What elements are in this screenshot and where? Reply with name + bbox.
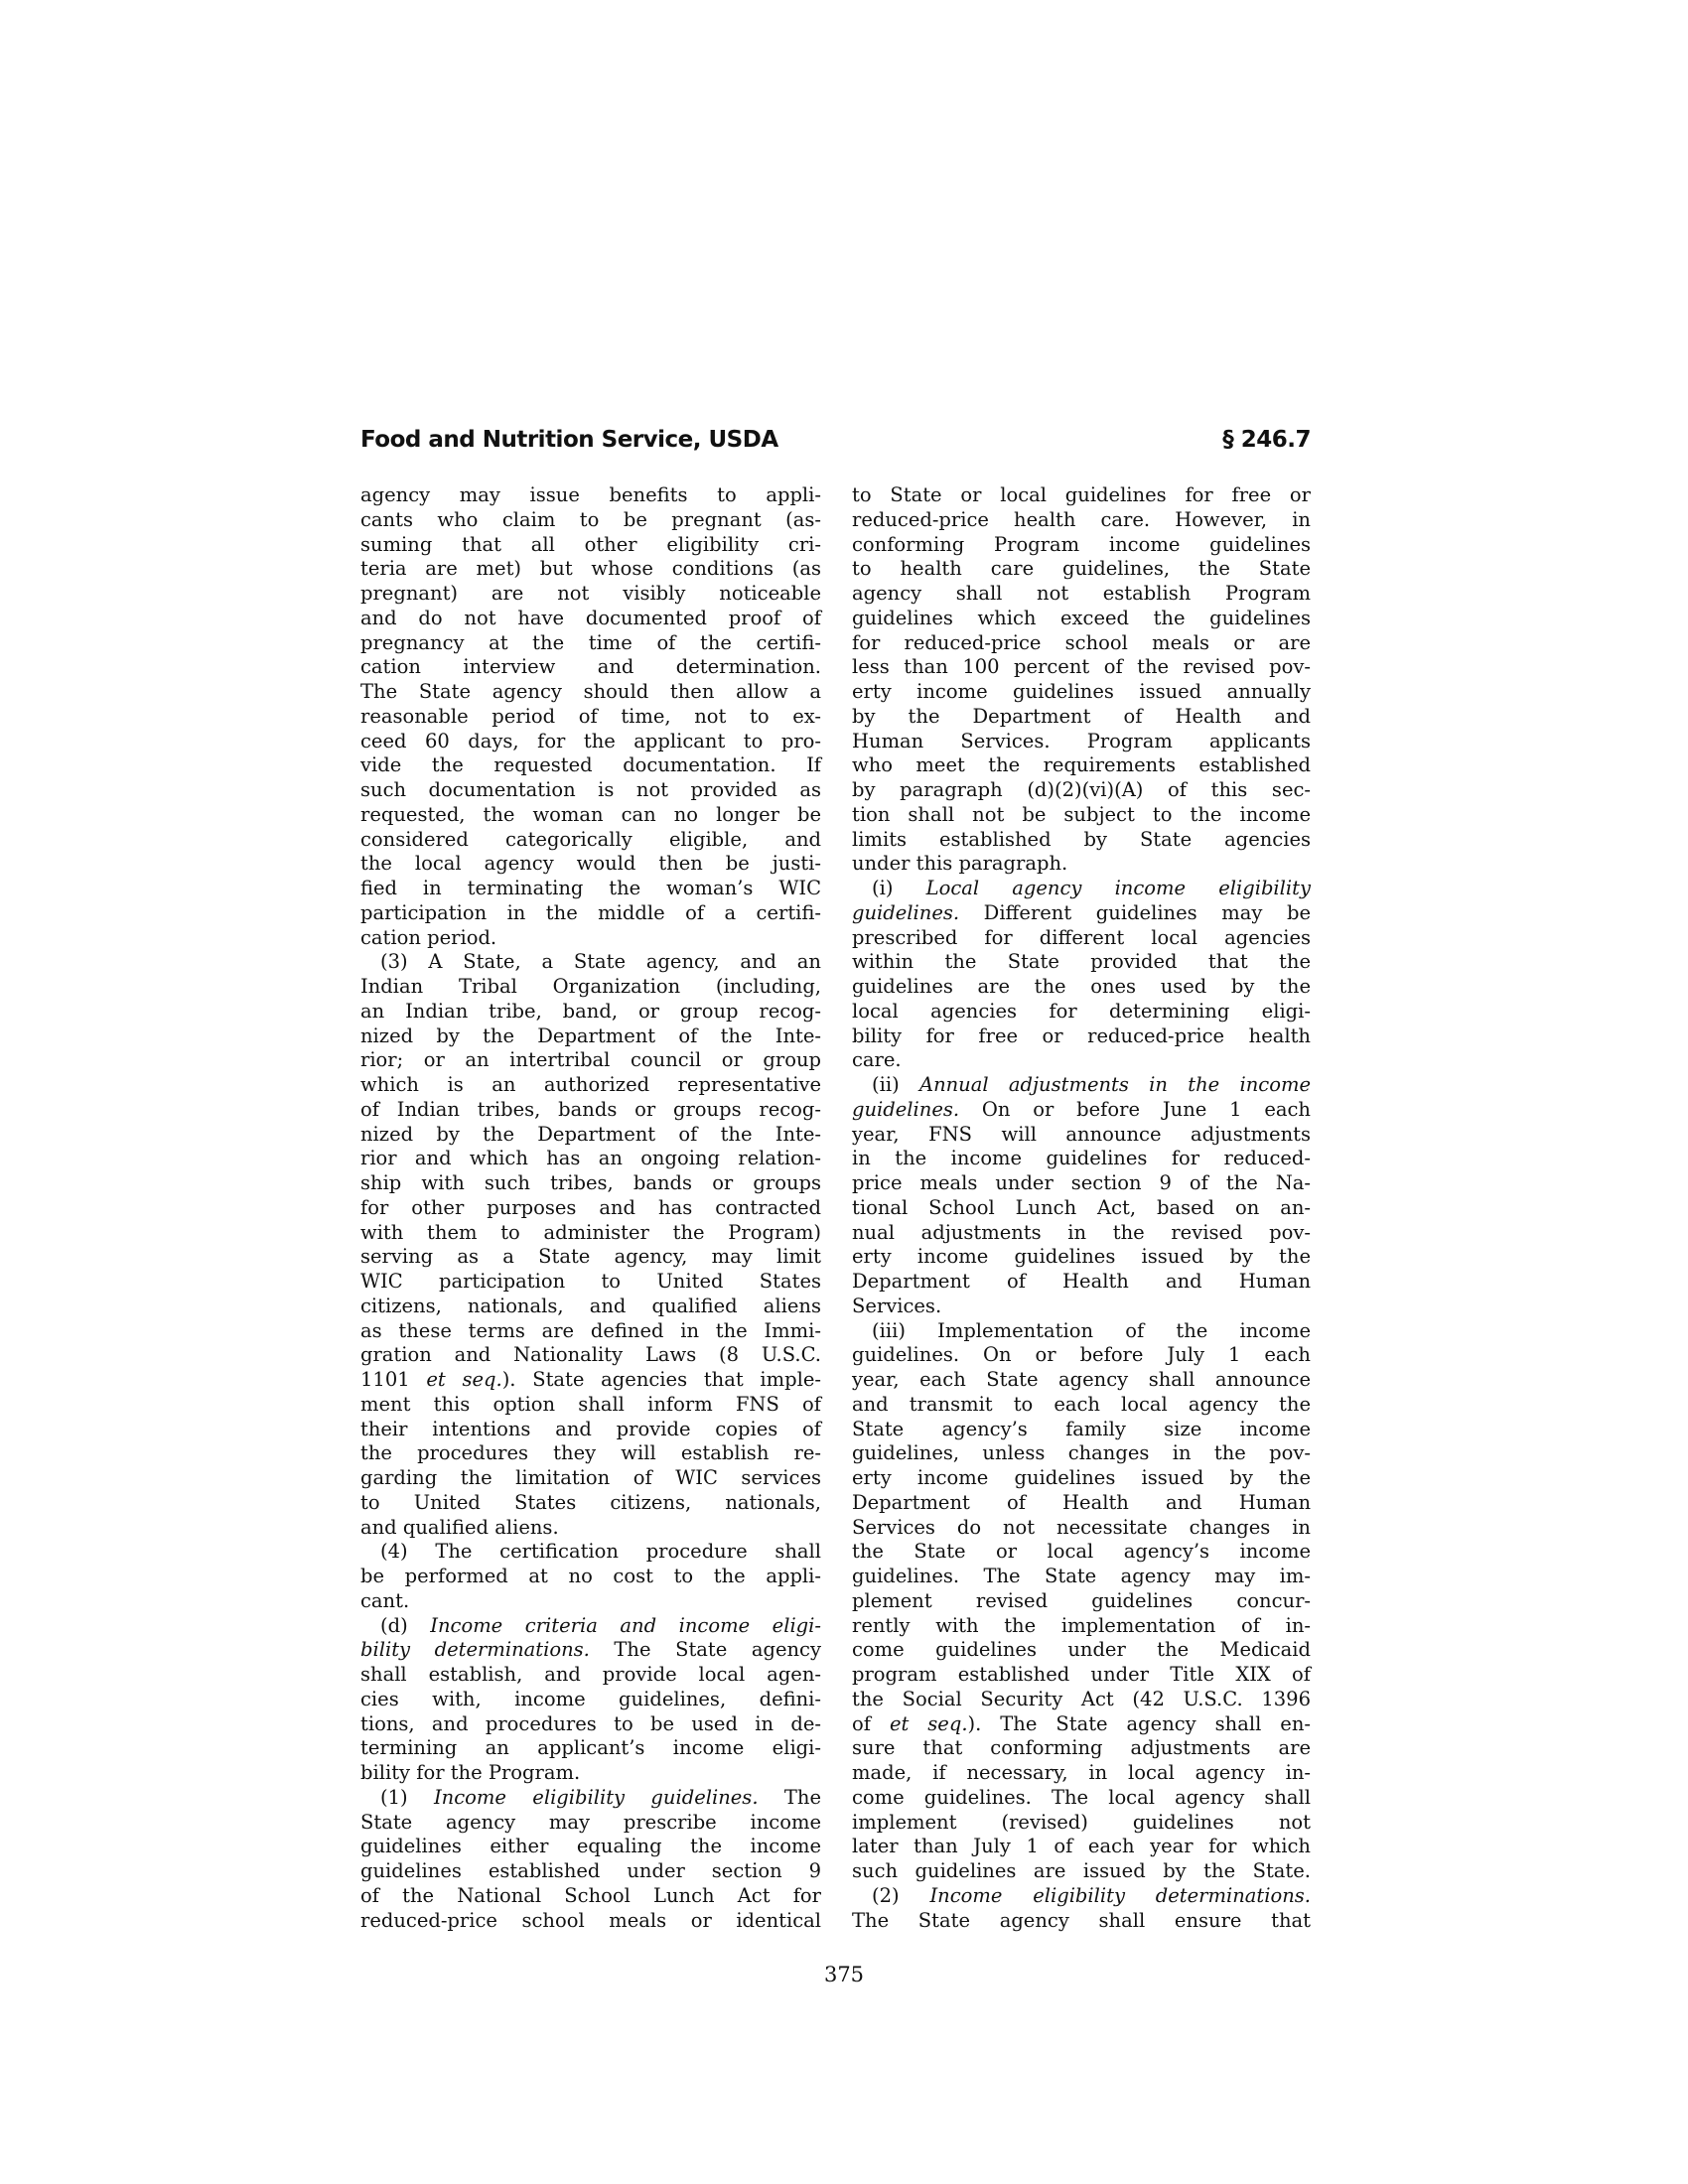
text-line: cies with, income guidelines, defini- — [360, 1688, 821, 1712]
text-line: the procedures they will establish re- — [360, 1441, 821, 1466]
text-line: nized by the Department of the Inte- — [360, 1123, 821, 1148]
text-line: the State or local agency’s income — [852, 1540, 1311, 1565]
text-line: gration and Nationality Laws (8 U.S.C. — [360, 1343, 821, 1368]
text-line: conforming Program income guidelines — [852, 533, 1311, 558]
text-line: of Indian tribes, bands or groups recog- — [360, 1098, 821, 1123]
text-line: care. — [852, 1048, 1311, 1073]
italic-heading: Income eligibility guidelines. — [434, 1786, 759, 1809]
text-line: for other purposes and has contracted — [360, 1196, 821, 1221]
text-line: year, each State agency shall announce — [852, 1368, 1311, 1393]
text-line: as these terms are defined in the Immi- — [360, 1319, 821, 1344]
text-line: State agency may prescribe income — [360, 1811, 821, 1836]
text-column-right: to State or local guidelines for free or… — [852, 483, 1311, 1933]
text-line: within the State provided that the — [852, 950, 1311, 975]
text-line: bility for free or reduced-price health — [852, 1024, 1311, 1049]
text-line: with them to administer the Program) — [360, 1221, 821, 1246]
text-line: termining an applicant’s income eligi- — [360, 1736, 821, 1761]
text-line: ceed 60 days, for the applicant to pro- — [360, 730, 821, 754]
text-line: guidelines are the ones used by the — [852, 975, 1311, 1000]
text-line: plement revised guidelines concur- — [852, 1589, 1311, 1614]
text-line: the Social Security Act (42 U.S.C. 1396 — [852, 1688, 1311, 1712]
text-line: WIC participation to United States — [360, 1270, 821, 1295]
text-line: prescribed for different local agencies — [852, 926, 1311, 951]
text-line: erty income guidelines issued annually — [852, 680, 1311, 705]
text-line: which is an authorized representative — [360, 1073, 821, 1098]
text-line: by paragraph (d)(2)(vi)(A) of this sec- — [852, 778, 1311, 803]
text-line: (ii) Annual adjustments in the income — [852, 1073, 1311, 1098]
text-line: Services. — [852, 1295, 1311, 1319]
text-line: citizens, nationals, and qualified alien… — [360, 1295, 821, 1319]
text-line: be performed at no cost to the appli- — [360, 1565, 821, 1589]
text-line: serving as a State agency, may limit — [360, 1245, 821, 1270]
text-line: participation in the middle of a certifi… — [360, 901, 821, 926]
italic-heading: et seq. — [426, 1368, 501, 1391]
text-line: sure that conforming adjustments are — [852, 1736, 1311, 1761]
text-line: 1101 et seq.). State agencies that imple… — [360, 1368, 821, 1393]
text-line: by the Department of Health and — [852, 705, 1311, 730]
text-line: of et seq.). The State agency shall en- — [852, 1712, 1311, 1737]
text-line: to health care guidelines, the State — [852, 557, 1311, 582]
text-line: ship with such tribes, bands or groups — [360, 1171, 821, 1196]
text-line: (i) Local agency income eligibility — [852, 877, 1311, 901]
text-line: who meet the requirements established — [852, 753, 1311, 778]
text-line: made, if necessary, in local agency in- — [852, 1761, 1311, 1786]
text-line: in the income guidelines for reduced- — [852, 1147, 1311, 1171]
text-line: The State agency shall ensure that — [852, 1909, 1311, 1934]
text-line: guidelines, unless changes in the pov- — [852, 1441, 1311, 1466]
italic-heading: et seq. — [890, 1712, 968, 1735]
text-line: (3) A State, a State agency, and an — [360, 950, 821, 975]
text-line: (1) Income eligibility guidelines. The — [360, 1786, 821, 1811]
text-line: bility for the Program. — [360, 1761, 821, 1786]
italic-heading: Local agency income eligibility — [926, 877, 1311, 899]
text-line: cant. — [360, 1589, 821, 1614]
text-line: reduced-price school meals or identical — [360, 1909, 821, 1934]
text-line: cation interview and determination. — [360, 655, 821, 680]
text-line: shall establish, and provide local agen- — [360, 1663, 821, 1688]
text-line: tion shall not be subject to the income — [852, 803, 1311, 828]
text-line: garding the limitation of WIC services — [360, 1466, 821, 1491]
text-line: local agencies for determining eligi- — [852, 1000, 1311, 1024]
text-line: guidelines either equaling the income — [360, 1835, 821, 1859]
text-line: (d) Income criteria and income eligi- — [360, 1614, 821, 1639]
text-line: reduced-price health care. However, in — [852, 508, 1311, 533]
text-line: price meals under section 9 of the Na- — [852, 1171, 1311, 1196]
text-line: and transmit to each local agency the — [852, 1393, 1311, 1418]
text-line: The State agency should then allow a — [360, 680, 821, 705]
text-line: to State or local guidelines for free or — [852, 483, 1311, 508]
text-line: guidelines. On or before June 1 each — [852, 1098, 1311, 1123]
text-line: guidelines. The State agency may im- — [852, 1565, 1311, 1589]
text-line: guidelines. On or before July 1 each — [852, 1343, 1311, 1368]
italic-heading: Annual adjustments in the income — [919, 1073, 1311, 1096]
text-line: under this paragraph. — [852, 852, 1311, 877]
italic-heading: bility determinations. — [360, 1638, 590, 1661]
text-line: teria are met) but whose conditions (as — [360, 557, 821, 582]
text-line: (4) The certification procedure shall — [360, 1540, 821, 1565]
text-line: requested, the woman can no longer be — [360, 803, 821, 828]
text-line: (2) Income eligibility determinations. — [852, 1884, 1311, 1909]
text-line: rently with the implementation of in- — [852, 1614, 1311, 1639]
text-line: bility determinations. The State agency — [360, 1638, 821, 1663]
text-line: an Indian tribe, band, or group recog- — [360, 1000, 821, 1024]
text-line: their intentions and provide copies of — [360, 1418, 821, 1442]
text-line: erty income guidelines issued by the — [852, 1466, 1311, 1491]
italic-heading: Income eligibility determinations. — [929, 1884, 1311, 1907]
text-line: Services do not necessitate changes in — [852, 1516, 1311, 1541]
text-line: Department of Health and Human — [852, 1491, 1311, 1516]
text-line: vide the requested documentation. If — [360, 753, 821, 778]
text-column-left: agency may issue benefits to appli-cants… — [360, 483, 821, 1933]
text-line: Department of Health and Human — [852, 1270, 1311, 1295]
running-header-agency: Food and Nutrition Service, USDA — [360, 427, 778, 453]
text-line: such documentation is not provided as — [360, 778, 821, 803]
text-line: year, FNS will announce adjustments — [852, 1123, 1311, 1148]
text-line: tions, and procedures to be used in de- — [360, 1712, 821, 1737]
text-line: limits established by State agencies — [852, 828, 1311, 853]
text-line: cation period. — [360, 926, 821, 951]
text-line: pregnant) are not visibly noticeable — [360, 582, 821, 607]
text-line: of the National School Lunch Act for — [360, 1884, 821, 1909]
text-line: come guidelines under the Medicaid — [852, 1638, 1311, 1663]
text-line: less than 100 percent of the revised pov… — [852, 655, 1311, 680]
text-line: fied in terminating the woman’s WIC — [360, 877, 821, 901]
text-line: Indian Tribal Organization (including, — [360, 975, 821, 1000]
text-line: guidelines. Different guidelines may be — [852, 901, 1311, 926]
text-line: implement (revised) guidelines not — [852, 1811, 1311, 1836]
text-line: nual adjustments in the revised pov- — [852, 1221, 1311, 1246]
text-line: program established under Title XIX of — [852, 1663, 1311, 1688]
italic-heading: guidelines. — [852, 901, 959, 924]
italic-heading: Income criteria and income eligi- — [430, 1614, 821, 1637]
italic-heading: guidelines. — [852, 1098, 959, 1121]
text-line: rior and which has an ongoing relation- — [360, 1147, 821, 1171]
text-line: tional School Lunch Act, based on an- — [852, 1196, 1311, 1221]
text-line: ment this option shall inform FNS of — [360, 1393, 821, 1418]
text-line: (iii) Implementation of the income — [852, 1319, 1311, 1344]
text-line: come guidelines. The local agency shall — [852, 1786, 1311, 1811]
text-line: such guidelines are issued by the State. — [852, 1859, 1311, 1884]
text-line: and qualified aliens. — [360, 1516, 821, 1541]
text-line: later than July 1 of each year for which — [852, 1835, 1311, 1859]
text-line: reasonable period of time, not to ex- — [360, 705, 821, 730]
text-line: the local agency would then be justi- — [360, 852, 821, 877]
text-line: agency may issue benefits to appli- — [360, 483, 821, 508]
running-header-section: § 246.7 — [1222, 427, 1311, 453]
text-line: considered categorically eligible, and — [360, 828, 821, 853]
text-line: guidelines established under section 9 — [360, 1859, 821, 1884]
text-line: for reduced-price school meals or are — [852, 631, 1311, 656]
page-number: 375 — [0, 1963, 1688, 1986]
text-line: agency shall not establish Program — [852, 582, 1311, 607]
text-line: Human Services. Program applicants — [852, 730, 1311, 754]
text-line: State agency’s family size income — [852, 1418, 1311, 1442]
text-line: to United States citizens, nationals, — [360, 1491, 821, 1516]
text-line: rior; or an intertribal council or group — [360, 1048, 821, 1073]
text-line: guidelines which exceed the guidelines — [852, 607, 1311, 631]
text-line: pregnancy at the time of the certifi- — [360, 631, 821, 656]
text-line: nized by the Department of the Inte- — [360, 1024, 821, 1049]
text-line: erty income guidelines issued by the — [852, 1245, 1311, 1270]
text-line: and do not have documented proof of — [360, 607, 821, 631]
text-line: cants who claim to be pregnant (as- — [360, 508, 821, 533]
text-line: suming that all other eligibility cri- — [360, 533, 821, 558]
